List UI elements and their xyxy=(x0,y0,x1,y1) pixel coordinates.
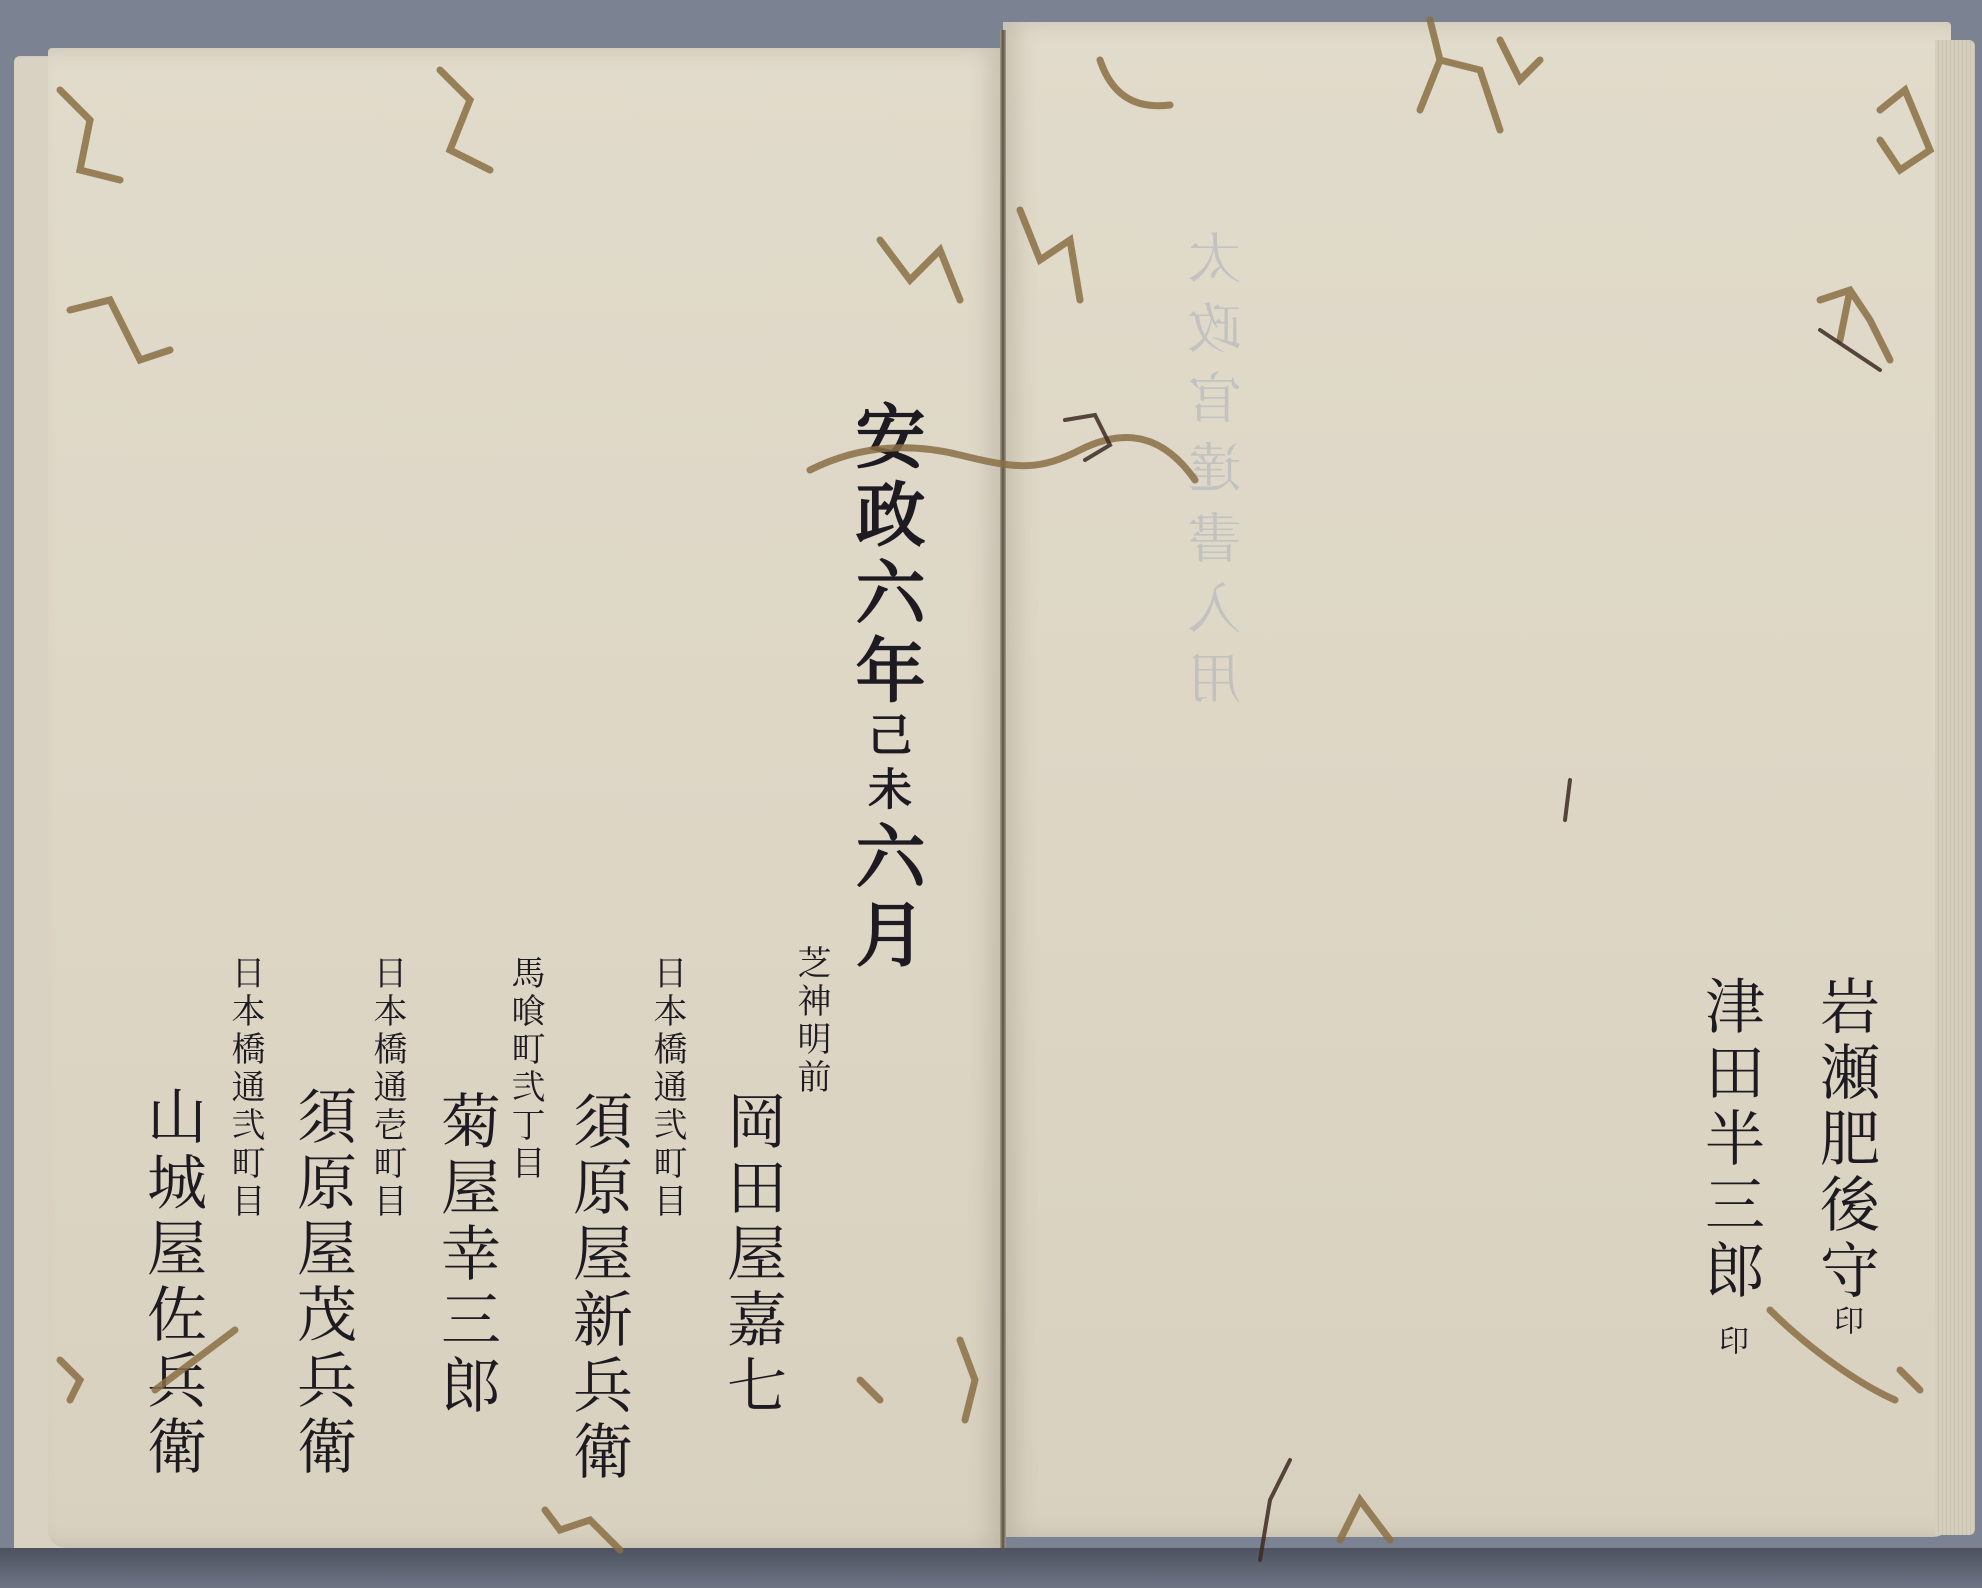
table-shadow xyxy=(0,1548,1982,1588)
official-2-seal: 印 xyxy=(1713,1325,1748,1361)
publisher-4-name: 須原屋茂兵衛 xyxy=(292,1085,352,1481)
right-page-edges xyxy=(1935,40,1975,1535)
official-2-name: 津田半三郎 xyxy=(1695,975,1765,1305)
official-1-name: 岩瀬肥後守 xyxy=(1810,975,1880,1305)
publisher-1-name: 岡田屋嘉七 xyxy=(722,1090,782,1420)
right-page xyxy=(1003,22,1951,1537)
official-1: 岩瀬肥後守印 xyxy=(1815,975,1875,1341)
era-year: 安政六年 xyxy=(844,400,927,712)
publisher-5-address: 日本橋通弐町目 xyxy=(228,955,262,1221)
publisher-2-address: 日本橋通弐町目 xyxy=(650,955,684,1221)
official-2: 津田半三郎印 xyxy=(1700,975,1760,1361)
publisher-2-name: 須原屋新兵衛 xyxy=(568,1090,628,1486)
month: 六月 xyxy=(844,820,927,976)
book-gutter xyxy=(1000,30,1006,1560)
open-book: 太政官達書入用 安政六年己未六月 芝神明前 岡田屋嘉七 日本橋通弐町目 須原屋新… xyxy=(0,0,1982,1588)
publisher-4-address: 日本橋通壱町目 xyxy=(370,955,404,1221)
date-column: 安政六年己未六月 xyxy=(850,400,920,976)
publisher-5-name: 山城屋佐兵衛 xyxy=(142,1085,202,1481)
publisher-1-address: 芝神明前 xyxy=(794,945,828,1097)
publisher-3-address: 馬喰町弐丁目 xyxy=(508,955,542,1183)
era-cycle: 己未 xyxy=(860,712,911,820)
publisher-3-name: 菊屋幸三郎 xyxy=(436,1090,496,1420)
bleed-through-text: 太政官達書入用 xyxy=(1180,230,1257,720)
official-1-seal: 印 xyxy=(1828,1305,1863,1341)
